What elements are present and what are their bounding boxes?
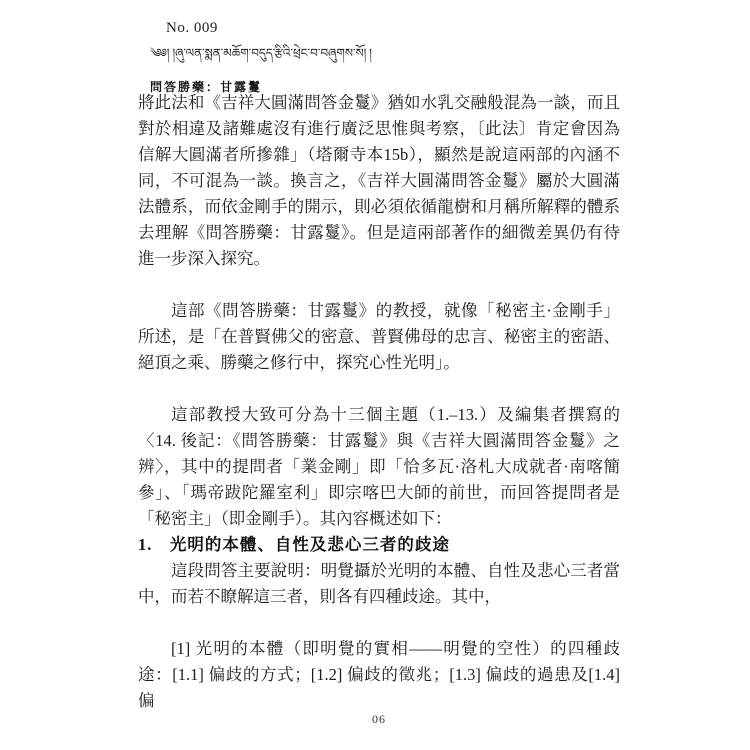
page-footer: 06 (138, 710, 620, 728)
page-body: 將此法和《吉祥大圓滿問答金鬘》猶如水乳交融般混為一談，而且對於相違及諸難處沒有進… (138, 90, 620, 714)
tibetan-title: ༄༅། །ཞུ་ལན་སྨན་མཆོག་བདུད་རྩིའི་ཕྲེང་བ་བཞ… (150, 40, 620, 74)
paragraph: 這部教授大致可分為十三個主題（1.–13.）及編集者撰寫的〈14. 後記：《問答… (138, 402, 620, 532)
page-number: 06 (372, 712, 386, 726)
paragraph: [1] 光明的本體（即明覺的實相——明覺的空性）的四種歧途：[1.1] 偏歧的方… (138, 636, 620, 714)
paragraph-continuation: 將此法和《吉祥大圓滿問答金鬘》猶如水乳交融般混為一談，而且對於相違及諸難處沒有進… (138, 90, 620, 272)
book-page: No. 009 ༄༅། །ཞུ་ལན་སྨན་མཆོག་བདུད་རྩིའི་ཕ… (0, 0, 750, 750)
catalog-number: No. 009 (166, 20, 620, 37)
section-heading: 1. 光明的本體、自性及悲心三者的歧途 (138, 532, 620, 558)
paragraph: 這段問答主要說明：明覺攝於光明的本體、自性及悲心三者當中，而若不瞭解這三者，則各… (138, 558, 620, 610)
paragraph: 這部《問答勝藥：甘露鬘》的教授，就像「秘密主·金剛手」所述，是「在普賢佛父的密意… (138, 298, 620, 376)
page-header: No. 009 ༄༅། །ཞུ་ལན་སྨན་མཆོག་བདུད་རྩིའི་ཕ… (150, 20, 620, 95)
